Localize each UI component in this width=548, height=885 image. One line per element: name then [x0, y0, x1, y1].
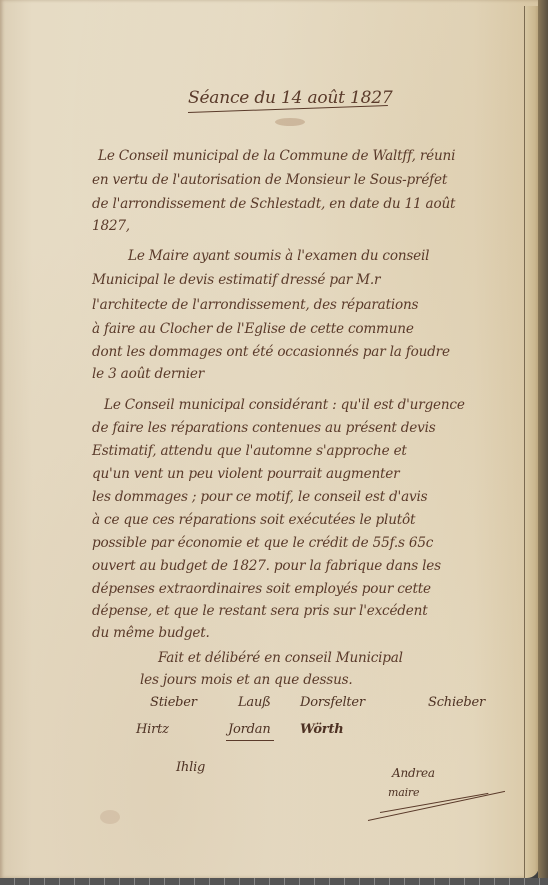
paragraph-2-line-6: le 3 août dernier	[92, 366, 204, 382]
paragraph-3-line-9: dépenses extraordinaires soit employés p…	[92, 581, 431, 597]
manuscript-page: Séance du 14 août 1827 Le Conseil munici…	[0, 0, 538, 878]
book-binding	[538, 0, 548, 885]
closing-line-1: Fait et délibéré en conseil Municipal	[158, 650, 403, 666]
paragraph-1-line-3: de l'arrondissement de Schlestadt, en da…	[92, 196, 455, 212]
paragraph-3-line-6: à ce que ces réparations soit exécutées …	[92, 512, 415, 528]
foxing-stain	[100, 810, 120, 824]
paragraph-3-line-3: Estimatif, attendu que l'automne s'appro…	[92, 443, 407, 459]
paragraph-2-line-3: l'architecte de l'arrondissement, des ré…	[92, 297, 418, 313]
signature-underline	[226, 740, 274, 741]
scan-ruler	[0, 878, 548, 885]
signature-hirtz: Hirtz	[136, 722, 169, 737]
paragraph-2-line-4: à faire au Clocher de l'Eglise de cette …	[92, 321, 414, 337]
signature-worth: Wörth	[300, 722, 344, 737]
paragraph-3-line-1: Le Conseil municipal considérant : qu'il…	[104, 397, 465, 413]
paragraph-3-line-2: de faire les réparations contenues au pr…	[92, 420, 436, 436]
page-edge	[524, 6, 539, 878]
mayor-signature-name: Andrea	[392, 766, 435, 780]
signature-schieber: Schieber	[428, 695, 485, 710]
paragraph-3-line-8: ouvert au budget de 1827. pour la fabriq…	[92, 558, 441, 574]
mayor-title: maire	[388, 786, 419, 799]
signature-lauss: Lauß	[238, 695, 271, 710]
paragraph-3-line-4: qu'un vent un peu violent pourrait augme…	[92, 466, 399, 482]
paragraph-2-line-1: Le Maire ayant soumis à l'examen du cons…	[128, 248, 429, 264]
closing-line-2: les jours mois et an que dessus.	[140, 672, 353, 688]
paragraph-3-line-7: possible par économie et que le crédit d…	[92, 535, 433, 551]
paragraph-1-line-1: Le Conseil municipal de la Commune de Wa…	[98, 148, 455, 164]
paragraph-2-line-5: dont les dommages ont été occasionnés pa…	[92, 344, 450, 360]
signature-stieber: Stieber	[150, 695, 197, 710]
paragraph-3-line-11: du même budget.	[92, 625, 210, 641]
paragraph-1-line-4: 1827,	[92, 218, 130, 234]
paragraph-1-line-2: en vertu de l'autorisation de Monsieur l…	[92, 172, 447, 188]
signature-ihlig: Ihlig	[176, 760, 205, 775]
paragraph-3-line-10: dépense, et que le restant sera pris sur…	[92, 603, 427, 619]
ink-stain	[275, 118, 305, 126]
paragraph-3-line-5: les dommages ; pour ce motif, le conseil…	[92, 489, 427, 505]
signature-dorsfelter: Dorsfelter	[300, 695, 365, 710]
paragraph-2-line-2: Municipal le devis estimatif dressé par …	[92, 272, 380, 288]
signature-jordan: Jordan	[228, 722, 271, 737]
